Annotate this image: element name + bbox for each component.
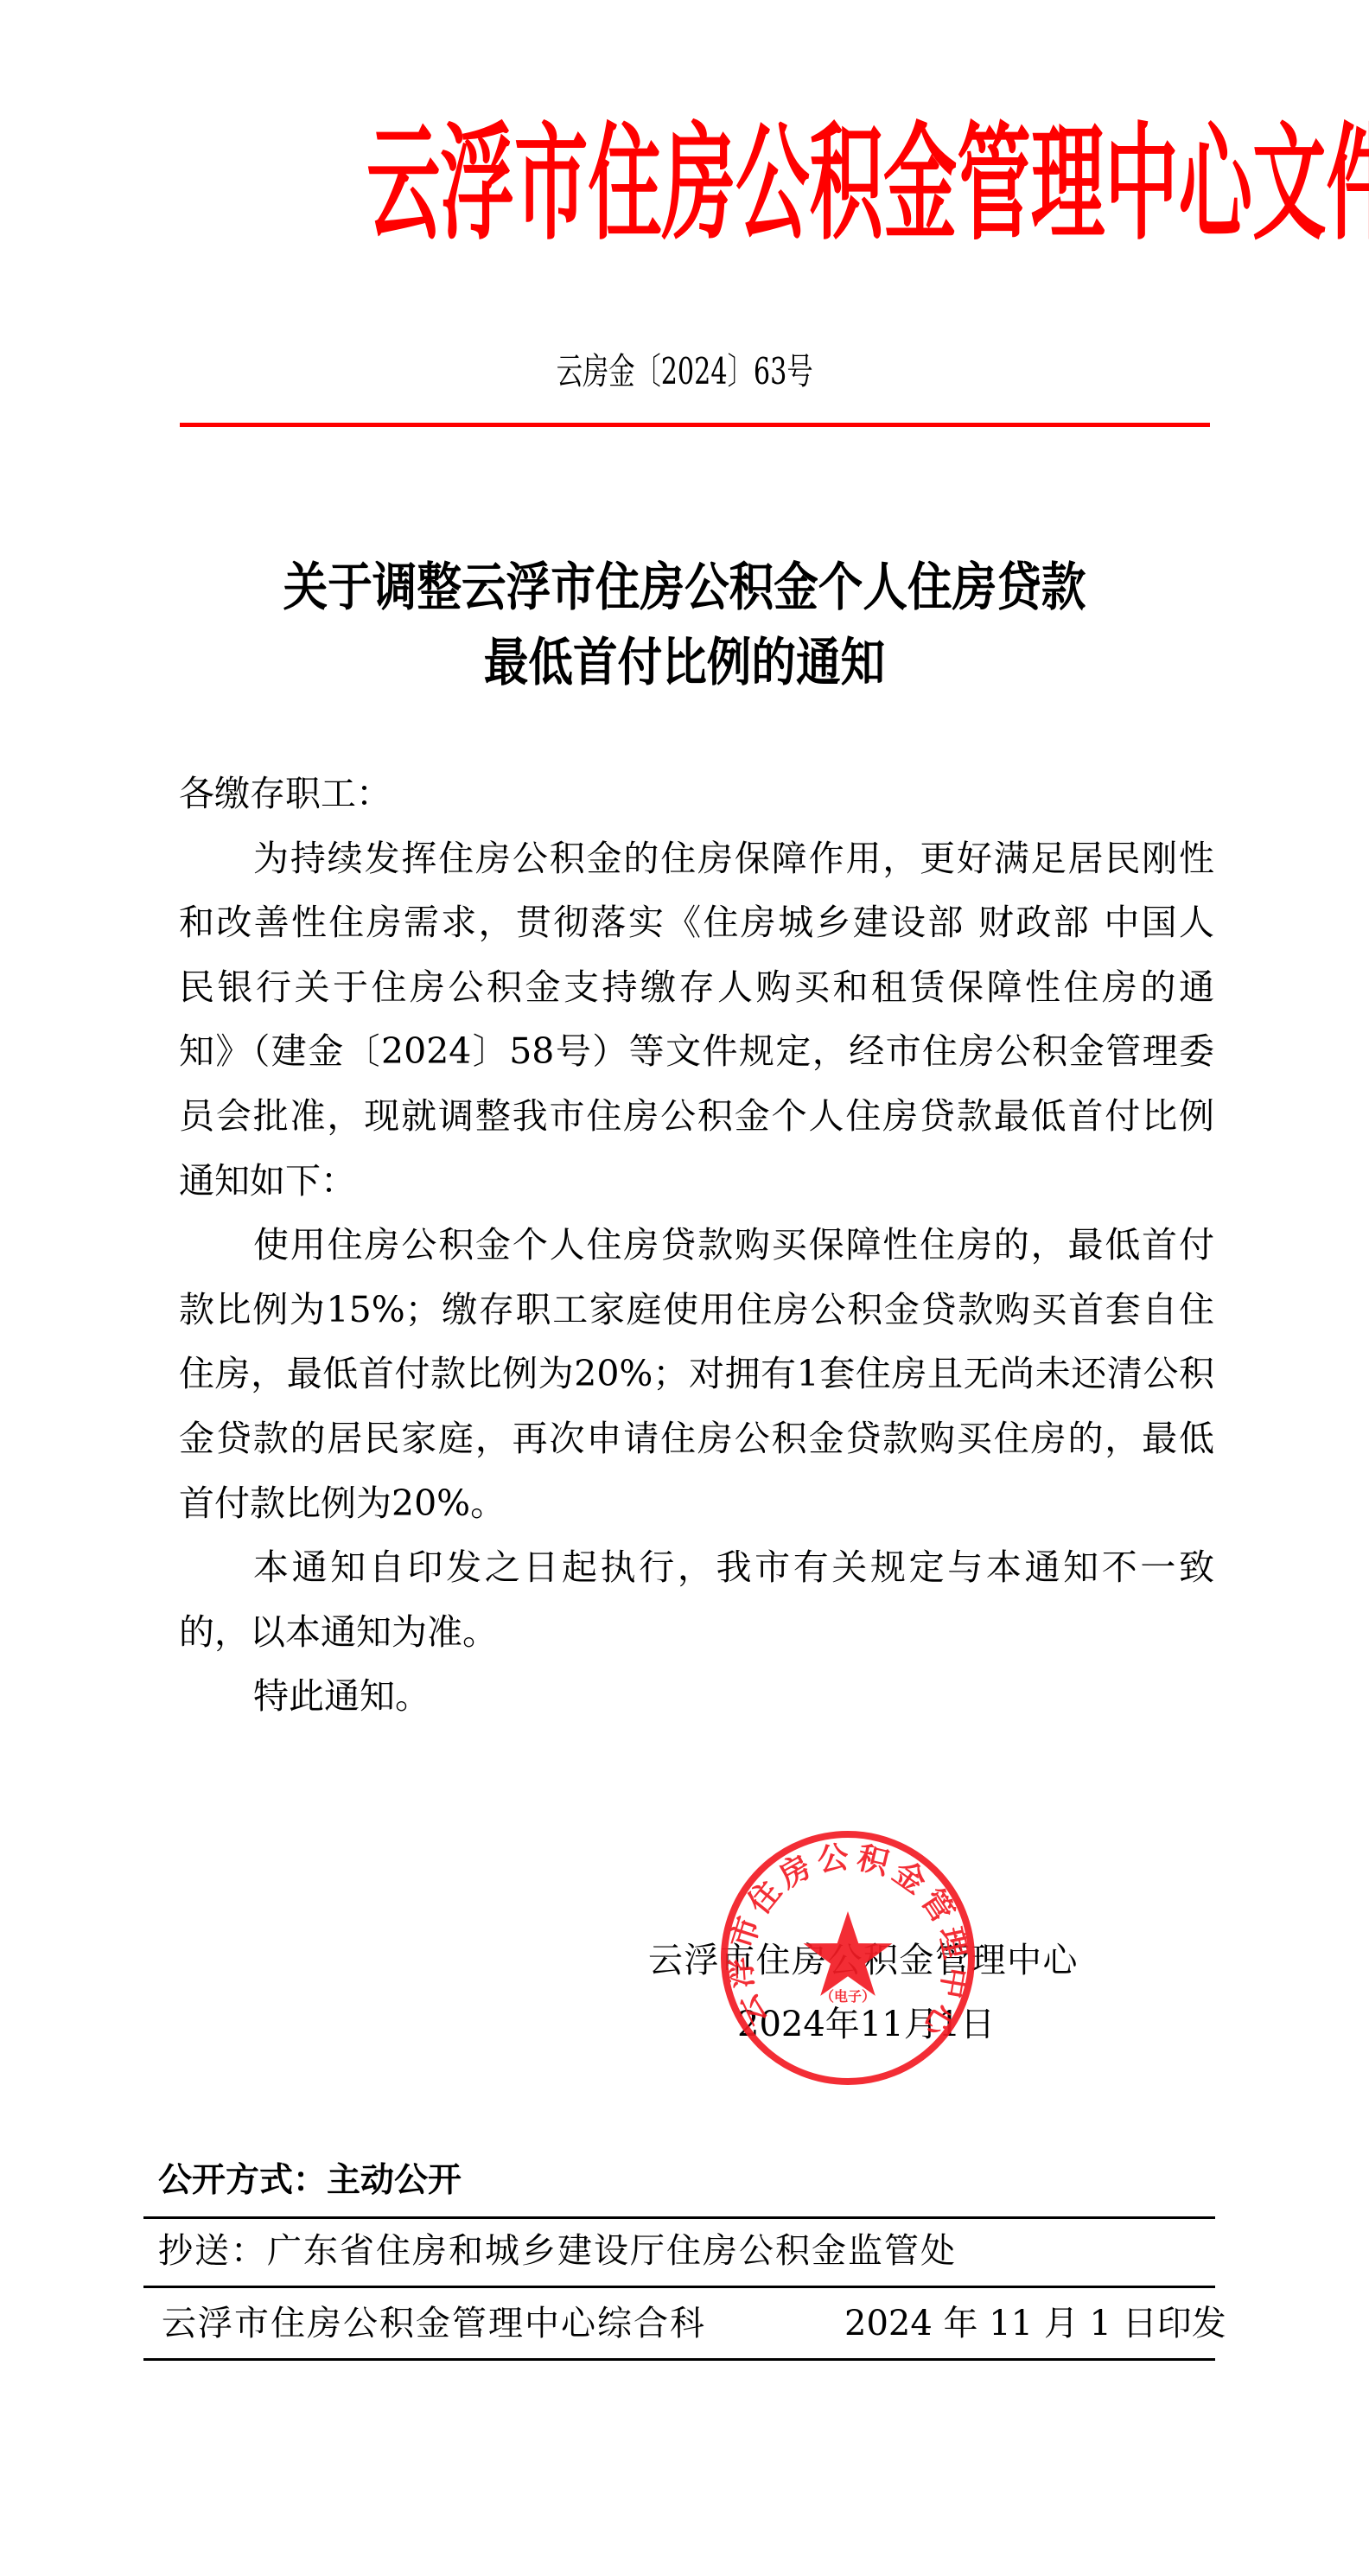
body-line: 员会批准，现就调整我市住房公积金个人住房贷款最低首付比例	[179, 1084, 1214, 1149]
document-number-text: 云房金〔2024〕63号	[557, 349, 813, 394]
body-line: 款比例为15%；缴存职工家庭使用住房公积金贷款购买首套自住	[179, 1278, 1214, 1342]
body-line: 首付款比例为20%。	[179, 1471, 1214, 1536]
footer-rule-top	[143, 2216, 1215, 2219]
document-number: 云房金〔2024〕63号	[0, 349, 1369, 394]
footer-rule-middle	[143, 2286, 1215, 2288]
notice-title-line-2: 最低首付比例的通知	[0, 628, 1369, 698]
disclosure-mode: 公开方式：主动公开	[158, 2160, 462, 2202]
salutation: 各缴存职工：	[179, 762, 1214, 826]
issuing-office: 云浮市住房公积金管理中心综合科	[162, 2303, 706, 2344]
notice-title-text-1: 关于调整云浮市住房公积金个人住房贷款	[283, 553, 1086, 622]
body-line: 民银行关于住房公积金支持缴存人购买和租赁保障性住房的通	[179, 955, 1214, 1020]
seal-sub-text: （电子）	[820, 1988, 876, 2005]
issue-date: 2024 年 11 月 1 日印发	[844, 2303, 1199, 2344]
closing-line: 特此通知。	[179, 1664, 1214, 1729]
notice-title-text-2: 最低首付比例的通知	[484, 628, 885, 698]
cc-recipients: 抄送：广东省住房和城乡建设厅住房公积金监管处	[158, 2230, 957, 2272]
body-line: 为持续发挥住房公积金的住房保障作用，更好满足居民刚性	[179, 826, 1214, 891]
body-line: 使用住房公积金个人住房贷款购买保障性住房的，最低首付	[179, 1213, 1214, 1278]
footer-rule-bottom	[143, 2358, 1215, 2361]
body-line: 金贷款的居民家庭，再次申请住房公积金贷款购买住房的，最低	[179, 1406, 1214, 1471]
notice-body: 各缴存职工： 为持续发挥住房公积金的住房保障作用，更好满足居民刚性 和改善性住房…	[179, 762, 1214, 1729]
notice-title-line-1: 关于调整云浮市住房公积金个人住房贷款	[0, 553, 1369, 622]
body-line: 的，以本通知为准。	[179, 1600, 1214, 1665]
seal-graphic: 云浮市住房公积金管理中心 （电子）	[718, 1828, 977, 2088]
body-line: 本通知自印发之日起执行，我市有关规定与本通知不一致	[179, 1535, 1214, 1600]
body-line: 和改善性住房需求，贯彻落实《住房城乡建设部 财政部 中国人	[179, 890, 1214, 955]
header-title-text: 云浮市住房公积金管理中心文件	[366, 111, 1369, 258]
body-line: 通知如下：	[179, 1149, 1214, 1214]
body-line: 知》（建金〔2024〕58号）等文件规定，经市住房公积金管理委	[179, 1019, 1214, 1084]
official-seal: 云浮市住房公积金管理中心 （电子）	[718, 1828, 977, 2088]
red-header-divider	[180, 423, 1210, 427]
body-line: 住房，最低首付款比例为20%；对拥有1套住房且无尚未还清公积	[179, 1342, 1214, 1406]
document-header-title: 云浮市住房公积金管理中心文件	[0, 111, 1369, 258]
star-icon	[804, 1911, 893, 1996]
